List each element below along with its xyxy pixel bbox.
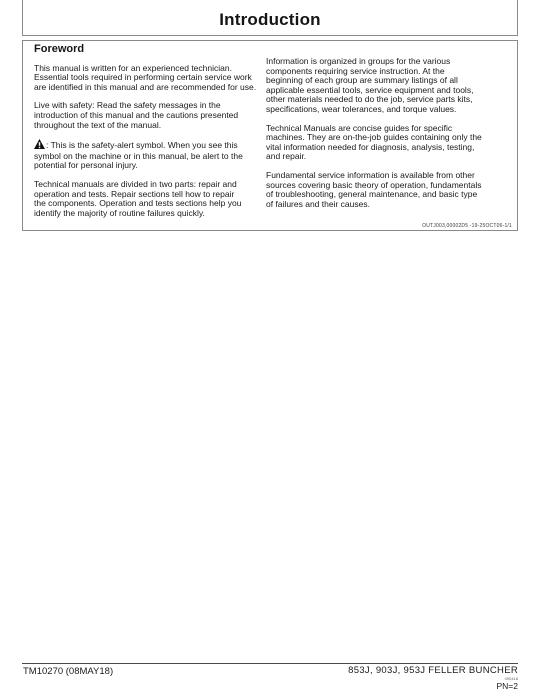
foreword-paragraph: Technical manuals are divided in two par… bbox=[34, 180, 264, 218]
foreword-right-column: Information is organized in groups for t… bbox=[266, 57, 512, 209]
foreword-paragraph: Information is organized in groups for t… bbox=[266, 57, 512, 115]
footer-divider bbox=[22, 663, 518, 664]
footer-machine-models: 853J, 903J, 953J FELLER BUNCHER bbox=[348, 665, 518, 676]
page-title: Introduction bbox=[23, 0, 517, 30]
page-title-box: Introduction bbox=[22, 0, 518, 36]
footer-manual-number: TM10270 (08MAY18) bbox=[23, 666, 113, 677]
safety-alert-text: : This is the safety-alert symbol. When … bbox=[34, 140, 243, 170]
safety-alert-paragraph: : This is the safety-alert symbol. When … bbox=[34, 139, 264, 171]
manual-page: Introduction Foreword This manual is wri… bbox=[0, 0, 541, 700]
foreword-paragraph: Fundamental service information is avail… bbox=[266, 171, 512, 209]
foreword-left-column: Foreword This manual is written for an e… bbox=[34, 45, 264, 218]
foreword-section: Foreword This manual is written for an e… bbox=[22, 40, 518, 231]
document-reference-code: OUTJ003,00002D5 -19-25OCT06-1/1 bbox=[422, 223, 512, 229]
foreword-paragraph: Live with safety: Read the safety messag… bbox=[34, 101, 264, 130]
foreword-paragraph: Technical Manuals are concise guides for… bbox=[266, 124, 512, 162]
footer-page-number: PN=2 bbox=[497, 681, 519, 691]
foreword-heading: Foreword bbox=[34, 45, 264, 55]
foreword-paragraph: This manual is written for an experience… bbox=[34, 64, 264, 93]
